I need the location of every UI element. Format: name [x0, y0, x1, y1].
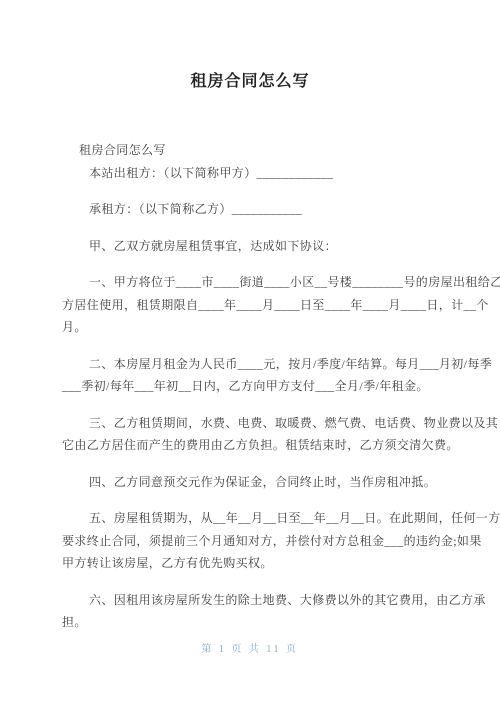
page-number-footer: 第 1 页 共 11 页	[0, 640, 500, 655]
paragraph-clause-2: 二、本房屋月租金为人民币____元，按月/季度/年结算。每月___月初/每季 _…	[62, 353, 444, 398]
text-line: 承租方：（以下简称乙方）___________	[62, 198, 444, 221]
document-page: 租房合同怎么写 租房合同怎么写 本站出租方：（以下简称甲方）__________…	[0, 0, 500, 707]
paragraph-clause-4: 四、乙方同意预交元作为保证金，合同终止时，当作房租冲抵。	[62, 471, 444, 494]
text-line: 四、乙方同意预交元作为保证金，合同终止时，当作房租冲抵。	[62, 471, 444, 494]
paragraph-agreement-intro: 甲、乙双方就房屋租赁事宜，达成如下协议：	[62, 235, 444, 258]
text-line: 它由乙方居住而产生的费用由乙方负担。租赁结束时，乙方须交清欠费。	[62, 434, 444, 457]
paragraph-heading: 租房合同怎么写	[62, 139, 444, 162]
paragraph-clause-5: 五、房屋租赁期为，从__年__月__日至__年__月__日。在此期间，任何一方 …	[62, 507, 444, 575]
paragraph-lessee: 承租方：（以下简称乙方）___________	[62, 198, 444, 221]
text-line: 六、因租用该房屋所发生的除土地费、大修费以外的其它费用，由乙方承	[62, 589, 444, 612]
text-line: 租房合同怎么写	[62, 139, 444, 162]
paragraph-clause-6: 六、因租用该房屋所发生的除土地费、大修费以外的其它费用，由乙方承 担。	[62, 589, 444, 634]
paragraph-clause-1: 一、甲方将位于____市____街道____小区__号楼________号的房屋…	[62, 271, 444, 339]
text-line: 月。	[62, 316, 444, 339]
text-line: 五、房屋租赁期为，从__年__月__日至__年__月__日。在此期间，任何一方	[62, 507, 444, 530]
text-line: 要求终止合同，须提前三个月通知对方，并偿付对方总租金___的违约金;如果	[62, 530, 444, 553]
document-title: 租房合同怎么写	[0, 68, 500, 91]
text-line: ___季初/每年___年初__日内，乙方向甲方支付___全月/季/年租金。	[62, 375, 444, 398]
text-line: 方居住使用，租赁期限自____年____月____日至____年____月___…	[62, 294, 444, 317]
text-line: 二、本房屋月租金为人民币____元，按月/季度/年结算。每月___月初/每季	[62, 353, 444, 376]
text-line: 甲方转让该房屋，乙方有优先购买权。	[62, 552, 444, 575]
paragraph-clause-3: 三、乙方租赁期间，水费、电费、取暖费、燃气费、电话费、物业费以及其 它由乙方居住…	[62, 412, 444, 457]
paragraph-lessor: 本站出租方：（以下简称甲方）____________	[62, 162, 444, 185]
text-line: 甲、乙双方就房屋租赁事宜，达成如下协议：	[62, 235, 444, 258]
text-line: 担。	[62, 611, 444, 634]
text-line: 三、乙方租赁期间，水费、电费、取暖费、燃气费、电话费、物业费以及其	[62, 412, 444, 435]
text-line: 本站出租方：（以下简称甲方）____________	[62, 162, 444, 185]
document-body: 租房合同怎么写 本站出租方：（以下简称甲方）____________ 承租方：（…	[62, 139, 444, 648]
text-line: 一、甲方将位于____市____街道____小区__号楼________号的房屋…	[62, 271, 444, 294]
